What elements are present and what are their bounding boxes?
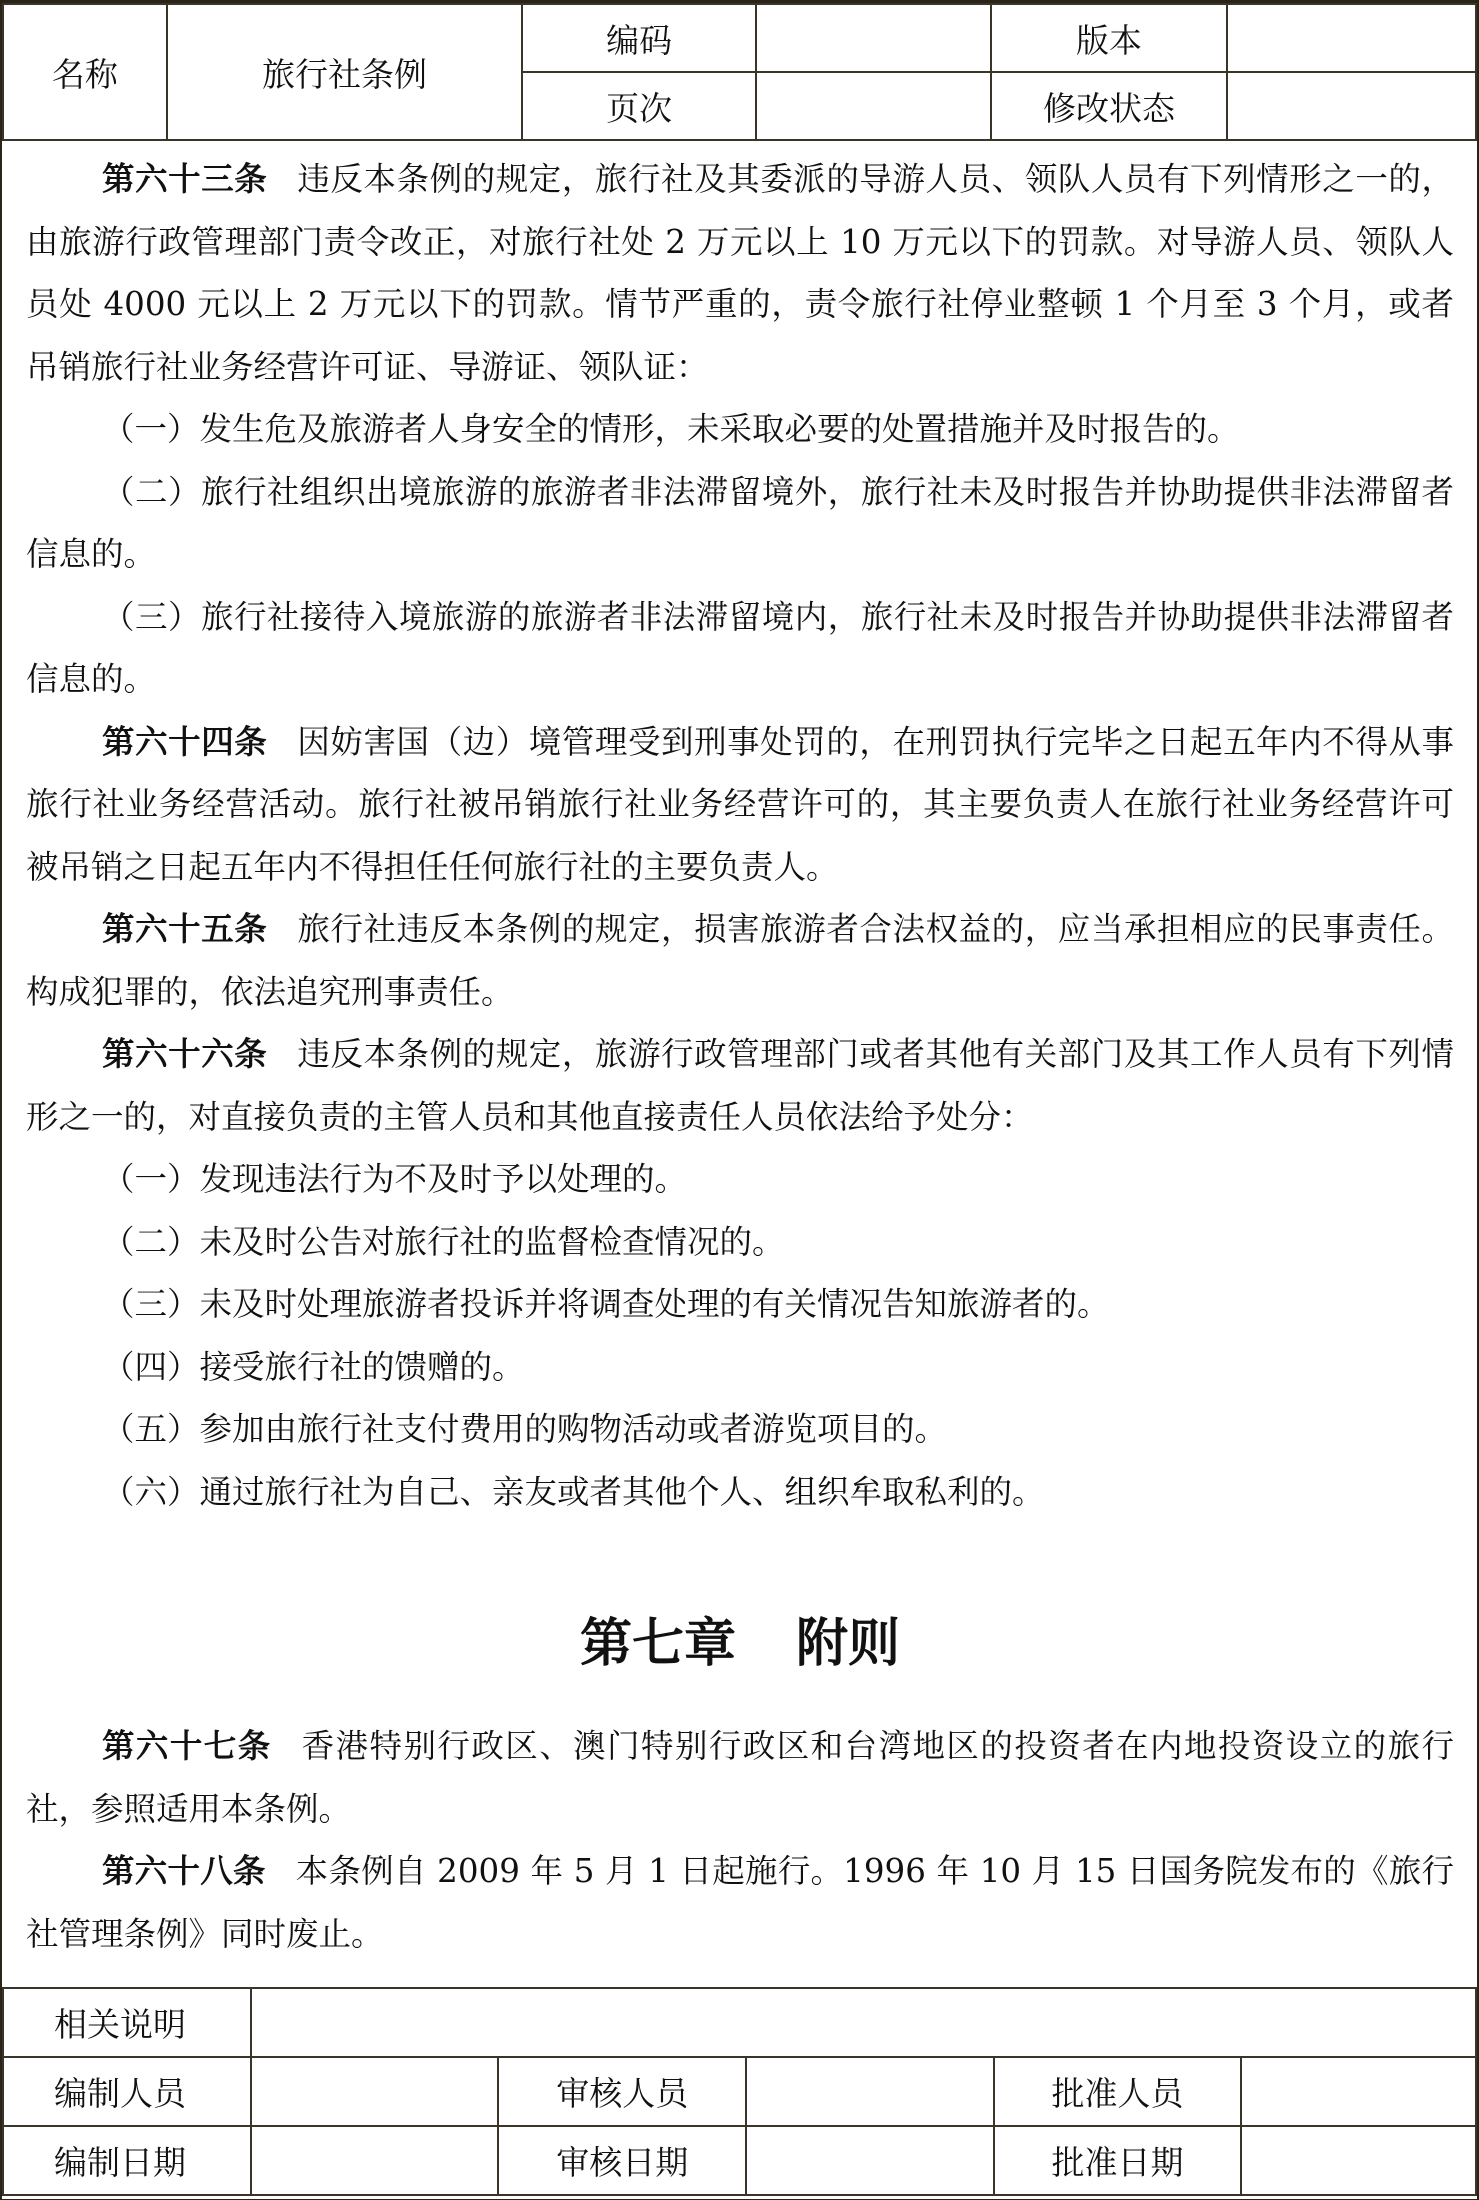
article-63-item-2: （二）旅行社组织出境旅游的旅游者非法滞留境外，旅行社未及时报告并协助提供非法滞留… bbox=[26, 461, 1454, 586]
approver-value bbox=[1241, 2057, 1476, 2126]
compiler-label: 编制人员 bbox=[3, 2057, 251, 2126]
article-title: 第六十八条 bbox=[102, 1852, 266, 1890]
article-68: 第六十八条本条例自 2009 年 5 月 1 日起施行。1996 年 10 月 … bbox=[26, 1840, 1454, 1965]
article-63-item-1: （一）发生危及旅游者人身安全的情形，未采取必要的处置措施并及时报告的。 bbox=[26, 398, 1454, 461]
article-66-item-1: （一）发现违法行为不及时予以处理的。 bbox=[26, 1148, 1454, 1211]
article-title: 第六十三条 bbox=[102, 160, 267, 198]
compile-date-label: 编制日期 bbox=[3, 2126, 251, 2195]
article-title: 第六十七条 bbox=[102, 1727, 272, 1765]
reviewer-label: 审核人员 bbox=[498, 2057, 746, 2126]
page-value bbox=[756, 72, 991, 140]
article-63-item-3: （三）旅行社接待入境旅游的旅游者非法滞留境内，旅行社未及时报告并协助提供非法滞留… bbox=[26, 586, 1454, 711]
article-67: 第六十七条香港特别行政区、澳门特别行政区和台湾地区的投资者在内地投资设立的旅行社… bbox=[26, 1715, 1454, 1840]
article-66-item-6: （六）通过旅行社为自己、亲友或者其他个人、组织牟取私利的。 bbox=[26, 1461, 1454, 1524]
chapter-title: 附则 bbox=[796, 1614, 900, 1674]
notes-label: 相关说明 bbox=[3, 1988, 251, 2057]
compiler-value bbox=[251, 2057, 499, 2126]
approve-date-value bbox=[1241, 2126, 1476, 2195]
version-label: 版本 bbox=[991, 4, 1228, 72]
article-66-item-2: （二）未及时公告对旅行社的监督检查情况的。 bbox=[26, 1211, 1454, 1274]
article-63: 第六十三条违反本条例的规定，旅行社及其委派的导游人员、领队人员有下列情形之一的，… bbox=[26, 148, 1454, 398]
review-date-value bbox=[746, 2126, 994, 2195]
revision-label: 修改状态 bbox=[991, 72, 1228, 140]
approver-label: 批准人员 bbox=[994, 2057, 1242, 2126]
article-65: 第六十五条旅行社违反本条例的规定，损害旅游者合法权益的，应当承担相应的民事责任。… bbox=[26, 898, 1454, 1023]
chapter-number: 第七章 bbox=[580, 1614, 736, 1674]
article-title: 第六十五条 bbox=[102, 910, 267, 948]
reviewer-value bbox=[746, 2057, 994, 2126]
code-value bbox=[756, 4, 991, 72]
header-table: 名称 旅行社条例 编码 版本 页次 修改状态 bbox=[2, 3, 1477, 141]
article-66-item-3: （三）未及时处理旅游者投诉并将调查处理的有关情况告知旅游者的。 bbox=[26, 1273, 1454, 1336]
article-title: 第六十六条 bbox=[102, 1035, 267, 1073]
review-date-label: 审核日期 bbox=[498, 2126, 746, 2195]
article-66-item-4: （四）接受旅行社的馈赠的。 bbox=[26, 1336, 1454, 1399]
approve-date-label: 批准日期 bbox=[994, 2126, 1242, 2195]
article-66-item-5: （五）参加由旅行社支付费用的购物活动或者游览项目的。 bbox=[26, 1398, 1454, 1461]
page-label: 页次 bbox=[522, 72, 756, 140]
chapter-heading: 第七章附则 bbox=[26, 1613, 1454, 1675]
name-label: 名称 bbox=[3, 4, 167, 140]
notes-value bbox=[251, 1988, 1476, 2057]
compile-date-value bbox=[251, 2126, 499, 2195]
article-64: 第六十四条因妨害国（边）境管理受到刑事处罚的，在刑罚执行完毕之日起五年内不得从事… bbox=[26, 711, 1454, 899]
code-label: 编码 bbox=[522, 4, 756, 72]
version-value bbox=[1227, 4, 1476, 72]
revision-value bbox=[1227, 72, 1476, 140]
approval-table: 相关说明 编制人员 审核人员 批准人员 编制日期 审核日期 批准日期 bbox=[2, 1987, 1477, 2196]
document-body: 第六十三条违反本条例的规定，旅行社及其委派的导游人员、领队人员有下列情形之一的，… bbox=[26, 148, 1454, 1965]
document-name: 旅行社条例 bbox=[167, 4, 523, 140]
article-title: 第六十四条 bbox=[102, 723, 267, 761]
article-66: 第六十六条违反本条例的规定，旅游行政管理部门或者其他有关部门及其工作人员有下列情… bbox=[26, 1023, 1454, 1148]
